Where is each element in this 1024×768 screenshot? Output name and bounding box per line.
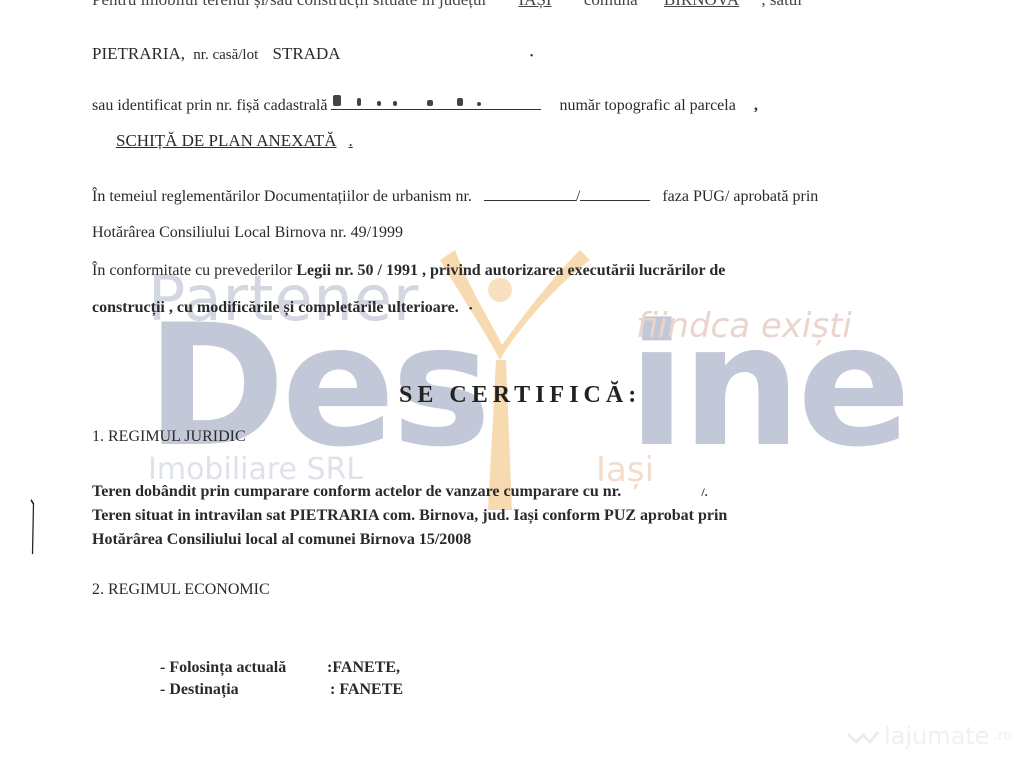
sketch-line: SCHIȚĂ DE PLAN ANEXATĂ. [92, 131, 357, 151]
line-end-comma: , [754, 97, 758, 114]
cadastral-label: sau identificat prin nr. fișă cadastrală [92, 97, 327, 114]
current-use-label: - Folosința actuală [160, 659, 327, 677]
section1-line-3: Hotărârea Consiliului local al comunei B… [92, 531, 471, 549]
lajumate-logo-icon [846, 726, 880, 746]
acquisition-text: Teren dobândit prin cumparare conform ac… [92, 483, 621, 500]
redacted-cadastral-number [331, 93, 541, 110]
sketch-annex-text: SCHIȚĂ DE PLAN ANEXATĂ [92, 131, 337, 150]
law-reference: Legii nr. 50 / 1991 [296, 262, 418, 279]
sketch-end-dot: . [337, 131, 357, 150]
destination-value: : FANETE [330, 681, 403, 698]
hcl-line: Hotărârea Consiliului Local Birnova nr. … [92, 224, 403, 242]
law-description: , privind autorizarea executării lucrări… [418, 262, 725, 279]
village-name: PIETRARIA, [92, 44, 185, 63]
cadastral-line: sau identificat prin nr. fișă cadastrală… [92, 93, 758, 115]
certificate-title: SE CERTIFICĂ: [399, 382, 641, 409]
current-use-value: :FANETE, [327, 659, 400, 676]
destination-label: - Destinația [160, 681, 330, 699]
property-location-line: Pentru imobilul terenul și/sau construcț… [92, 0, 802, 10]
law-line: În conformitate cu prevederilor Legii nr… [92, 262, 725, 280]
lajumate-wordmark: lajumate [884, 722, 990, 750]
lajumate-watermark: lajumate.ro [846, 722, 1012, 750]
watermark-company: Imobiliare SRL [148, 452, 363, 487]
section2-item-current-use: - Folosința actuală:FANETE, [160, 659, 400, 677]
law-prefix: În conformitate cu prevederilor [92, 262, 292, 279]
urbanism-date-blank [580, 186, 650, 201]
lajumate-tld: .ro [994, 728, 1012, 744]
village-label: , satul [761, 0, 802, 9]
address-line: PIETRARIA, nr. casă/lot STRADA • [92, 44, 533, 64]
county-value: IAȘI [505, 0, 566, 9]
section2-heading: 2. REGIMUL ECONOMIC [92, 581, 270, 599]
commune-label: comuna [584, 0, 638, 9]
topographic-label: număr topografic al parcela [559, 97, 735, 114]
person-figure-watermark-icon [400, 250, 600, 510]
pug-label: faza PUG/ aprobată prin [662, 188, 818, 205]
stray-mark: • [469, 303, 473, 315]
urbanism-label: În temeiul reglementărilor Documentațiil… [92, 188, 472, 205]
section2-item-destination: - Destinația: FANETE [160, 681, 403, 699]
line-end-mark: /. [701, 485, 707, 499]
section1-heading: 1. REGIMUL JURIDIC [92, 428, 246, 446]
commune-value: BIRNOVA [652, 0, 751, 9]
section1-line-1: Teren dobândit prin cumparare conform ac… [92, 483, 708, 501]
section1-line-2: Teren situat in intravilan sat PIETRARIA… [92, 507, 727, 525]
watermark-brand-right: ine [628, 302, 907, 470]
law-continuation: construcții , cu modificările și complet… [92, 299, 459, 316]
watermark-tagline: fiindca exiști [636, 306, 852, 346]
property-intro-text: Pentru imobilul terenul și/sau construcț… [92, 0, 486, 9]
document-scan: Partener Des ine fiindca exiști Imobilia… [0, 0, 1024, 768]
house-number-label: nr. casă/lot [193, 47, 258, 63]
handwritten-bracket-mark [30, 498, 35, 556]
stray-mark: • [530, 51, 534, 62]
urbanism-number-blank [484, 186, 576, 201]
street-label: STRADA [273, 44, 340, 63]
urbanism-line: În temeiul reglementărilor Documentațiil… [92, 186, 818, 206]
law-line-2: construcții , cu modificările și complet… [92, 299, 473, 317]
